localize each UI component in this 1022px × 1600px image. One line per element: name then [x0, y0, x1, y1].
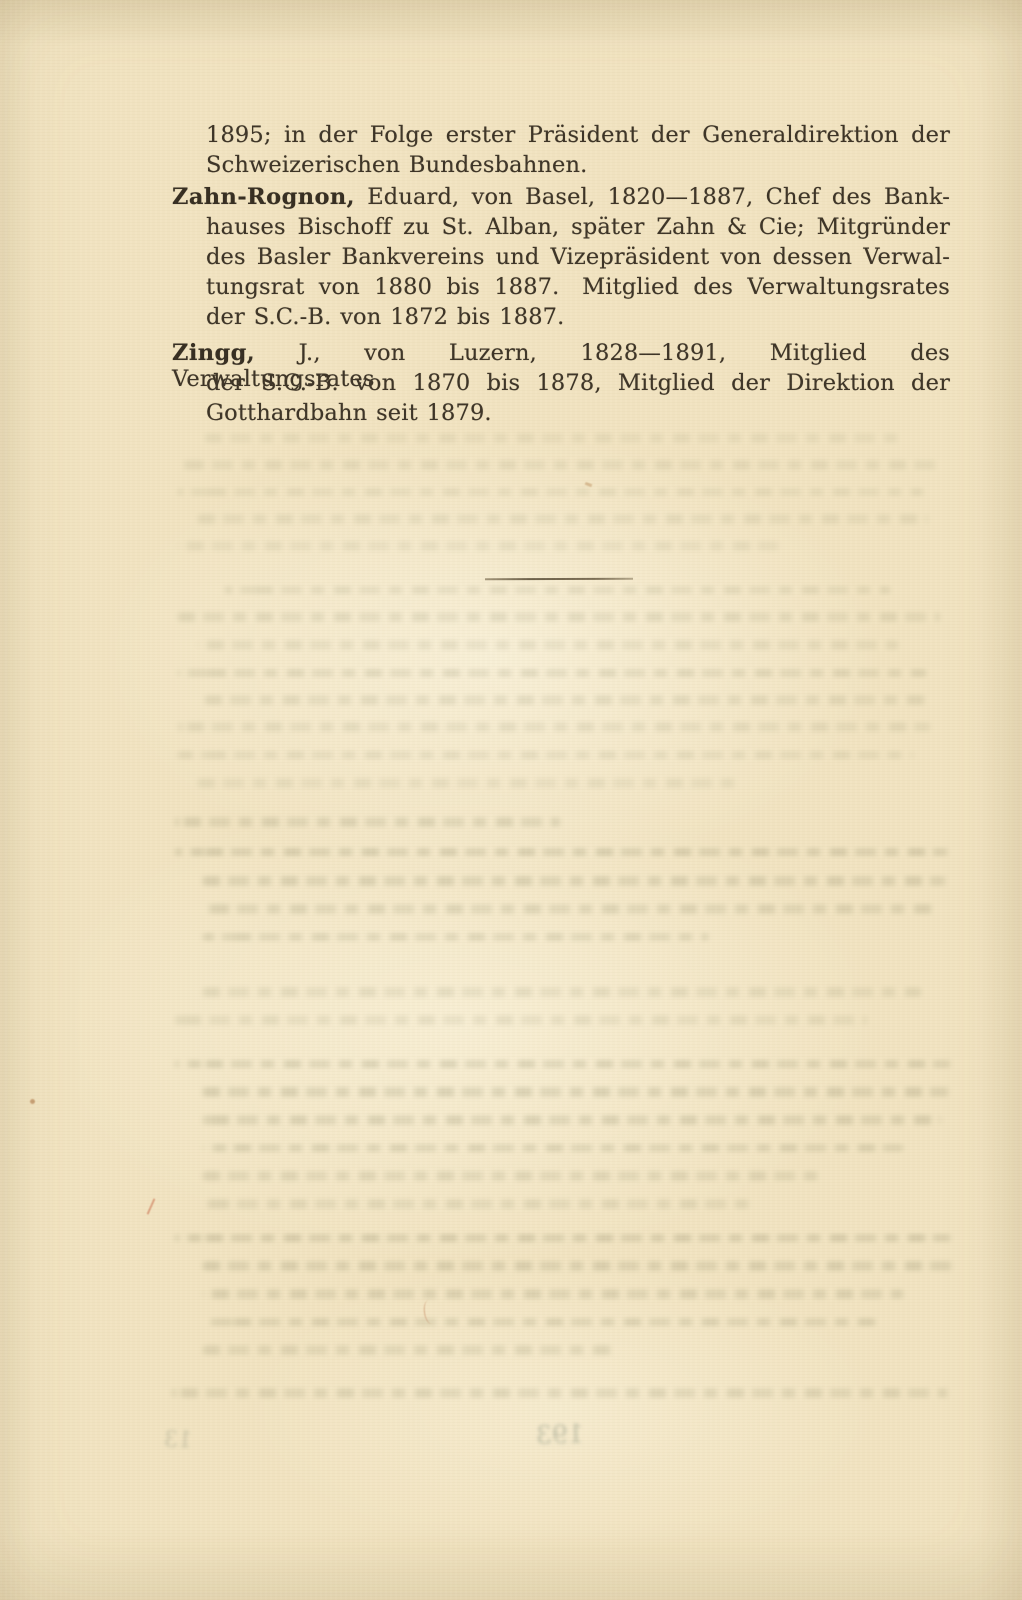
- line-text: Schweizerischen Bundesbahnen.: [206, 152, 587, 178]
- text-line: Schweizerischen Bundesbahnen.: [206, 152, 950, 180]
- line-text: der S.C.-B. von 1872 bis 1887.: [206, 304, 564, 330]
- line-text: tungsrat von 1880 bis 1887. Mitglied des…: [206, 274, 950, 300]
- bleedthrough-line: [178, 460, 938, 470]
- bleedthrough-line: [203, 1261, 951, 1271]
- paper-fleck: [30, 1099, 35, 1104]
- line-text: Gotthardbahn seit 1879.: [206, 400, 492, 426]
- bleedthrough-line: [178, 612, 940, 622]
- bleedthrough-line: [178, 541, 778, 551]
- bleedthrough-line: [203, 933, 708, 941]
- bleedthrough-line: [203, 1289, 903, 1299]
- bleedthrough-line: [175, 848, 947, 856]
- text-line: hauses Bischoff zu St. Alban, später Zah…: [206, 214, 950, 242]
- bleedthrough-line: [203, 1171, 818, 1181]
- bleedthrough-line: [205, 433, 905, 443]
- bleedthrough-line: [175, 1015, 867, 1025]
- bleedthrough-line: [203, 1115, 941, 1125]
- paper-fleck: [585, 482, 593, 487]
- entry-name: Zahn-Rognon,: [172, 184, 355, 210]
- line-text: 1895; in der Folge erster Präsident der …: [206, 122, 950, 148]
- line-text: der S.C.-B. von 1870 bis 1878, Mitglied …: [206, 370, 950, 396]
- bleedthrough-line: [175, 1234, 950, 1242]
- bleedthrough-line: [175, 1060, 950, 1068]
- bleedthrough-line: [198, 640, 898, 650]
- bleedthrough-line: [178, 722, 930, 732]
- bleedthrough-line: [198, 778, 743, 788]
- ghost-signature-mark: 13: [164, 1428, 193, 1454]
- text-line: der S.C.-B. von 1872 bis 1887.: [206, 304, 950, 332]
- bleedthrough-line: [172, 1388, 947, 1398]
- line-text: des Basler Bankvereins und Vizepräsident…: [206, 244, 950, 270]
- text-line: Gotthardbahn seit 1879.: [206, 400, 950, 428]
- line-text: Eduard, von Basel, 1820—1887, Chef des B…: [367, 184, 950, 210]
- bleedthrough-line: [203, 987, 921, 997]
- bleedthrough-line: [175, 817, 560, 827]
- text-line: der S.C.-B. von 1870 bis 1878, Mitglied …: [206, 370, 950, 398]
- bleedthrough-line: [203, 876, 945, 886]
- bleedthrough-line: [203, 1144, 903, 1152]
- text-line: Zingg, J., von Luzern, 1828—1891, Mitgli…: [172, 340, 950, 368]
- bleedthrough-line: [203, 1087, 948, 1097]
- entry-name: Zingg,: [172, 340, 255, 366]
- bleedthrough-line: [203, 1318, 875, 1326]
- bleedthrough-line: [198, 514, 928, 524]
- paper-fiber: [147, 1198, 156, 1214]
- bleedthrough-line: [178, 751, 913, 759]
- line-text: hauses Bischoff zu St. Alban, später Zah…: [206, 214, 950, 240]
- bleedthrough-line: [178, 669, 926, 677]
- bleedthrough-line: [225, 586, 890, 594]
- ghost-page-number: 193: [536, 1419, 585, 1450]
- text-line: 1895; in der Folge erster Präsident der …: [206, 122, 950, 150]
- bleedthrough-line: [203, 1345, 618, 1355]
- text-line: des Basler Bankvereins und Vizepräsident…: [206, 244, 950, 272]
- text-line: tungsrat von 1880 bis 1887. Mitglied des…: [206, 274, 950, 302]
- section-divider: [485, 578, 633, 581]
- bleedthrough-line: [205, 695, 930, 705]
- book-page-scan: 1895; in der Folge erster Präsident der …: [0, 0, 1022, 1600]
- bleedthrough-line: [178, 488, 923, 496]
- bleedthrough-line: [203, 904, 933, 914]
- bleedthrough-line: [203, 1199, 753, 1209]
- text-line: Zahn-Rognon, Eduard, von Basel, 1820—188…: [172, 184, 950, 212]
